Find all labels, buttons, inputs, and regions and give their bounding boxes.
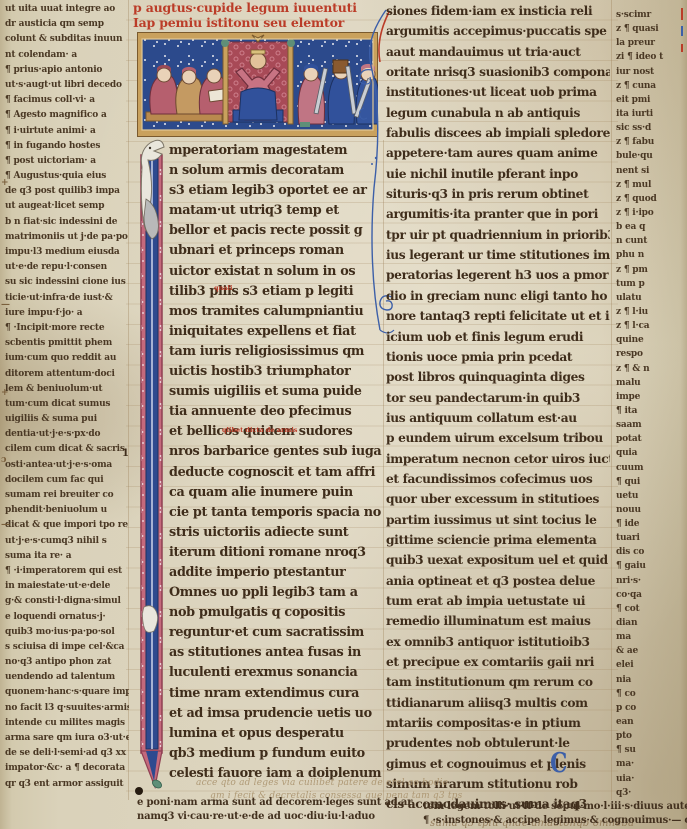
text-line: iterum ditioni romane nroq3 xyxy=(169,543,382,563)
gloss-line: tuari xyxy=(616,531,686,545)
gloss-line: intende cu milites magis xyxy=(5,716,129,731)
gloss-line: ¶ ·i·imperatorem qui est xyxy=(5,564,129,579)
gloss-line: tum p xyxy=(616,277,686,291)
text-line: stris uictoriis adiecte sunt xyxy=(169,523,382,543)
miniature-emperor-enthroned xyxy=(137,32,378,137)
main-text-column-2: siones fidem·iam ex insticia reliargumit… xyxy=(386,1,610,815)
gloss-line: nt colendam· a xyxy=(5,48,129,63)
miniature-scroll xyxy=(208,89,224,102)
gloss-line: matrimoniis ut j·de pa·po xyxy=(5,230,129,245)
text-line: uictis hostib3 triumphator xyxy=(169,362,382,382)
gloss-line: scbentis pmittit phem xyxy=(5,336,129,351)
gloss-line: dis co xyxy=(616,545,686,559)
gloss-line: n cunt xyxy=(616,234,686,248)
marginal-numeral: 1 xyxy=(122,448,129,459)
text-line: ubnari et princeps roman xyxy=(169,241,382,261)
gloss-line: dian xyxy=(616,616,686,630)
text-line: fabulis discees ab impiali spledore xyxy=(386,123,610,143)
gloss-line: sic ss·d xyxy=(616,121,686,135)
gloss-line: zi ¶ ideo t xyxy=(616,50,686,64)
interlinear-gloss-red: qlibet dicta de armis xyxy=(222,426,297,434)
text-line: tum erat ab impia uetustate ui xyxy=(386,591,610,611)
gloss-line: nent si xyxy=(616,164,686,178)
gloss-line: ¶ cot xyxy=(616,602,686,616)
gloss-line: ¶ i·uirtute animi· a xyxy=(5,124,129,139)
text-line: bellor et pacis recte possit g xyxy=(169,221,382,241)
text-line: ius legerant ur time stitutiones im xyxy=(386,245,610,265)
gloss-line: ean xyxy=(616,715,686,729)
gloss-line: ¶ facimus coll·vi· a xyxy=(5,93,129,108)
gloss-line: iur nost xyxy=(616,65,686,79)
gloss-line: ¶ su xyxy=(616,743,686,757)
gloss-line: ¶ in fugando hostes xyxy=(5,139,129,154)
text-line: ttidianarum aliisq3 multis com xyxy=(386,693,610,713)
gloss-line: uendendo ad talentum xyxy=(5,670,129,685)
right-gloss-column: s·scimrz ¶ quasila preurzi ¶ ideo tiur n… xyxy=(616,8,686,800)
text-line: legum cunabula n ab antiquis xyxy=(386,103,610,123)
text-line: icium uob et finis legum erudi xyxy=(386,327,610,347)
margin-mark: — xyxy=(1,300,10,310)
gloss-line: ma xyxy=(616,630,686,644)
gloss-line: ut uita uuat integre ao xyxy=(5,2,129,17)
gloss-line: uigiliis & suma pui xyxy=(5,412,129,427)
gloss-line: s sciuisa di impe cel·&ca xyxy=(5,640,129,655)
gloss-line: g·& consti·l·digna·simul xyxy=(5,594,129,609)
gloss-line: docilem cum fac qui xyxy=(5,473,129,488)
gloss-line: no·q3 antipo phon zat xyxy=(5,655,129,670)
text-line: tionis uoce pmia prin pcedat xyxy=(386,347,610,367)
gloss-line: e poni·nam arma sunt ad decorem·leges su… xyxy=(137,796,412,810)
gloss-line: impe xyxy=(616,390,686,404)
rubric-line-1: p augtus·cupide legum iuuentuti xyxy=(133,1,385,16)
gloss-line: bule·qu xyxy=(616,149,686,163)
gloss-line: e loquendi ornatus·j· xyxy=(5,610,129,625)
text-line: gittime sciencie prima elementa xyxy=(386,530,610,550)
text-line: tia annuente deo pfecimus xyxy=(169,402,382,422)
main-text-column-1: mperatoriam magestatemn solum armis deco… xyxy=(169,141,382,784)
gloss-line: ut·e·de repu·l·consen xyxy=(5,260,129,275)
text-line: uie nichil inutile pferant inpo xyxy=(386,164,610,184)
gloss-line: ticie·ut·infra·de iust·& xyxy=(5,291,129,306)
miniature-emperor-group xyxy=(221,35,295,124)
text-line: argumitis·ita pranter que in pori xyxy=(386,204,610,224)
gloss-line: iure impu·f·jo· a xyxy=(5,306,129,321)
gloss-line: phu n xyxy=(616,248,686,262)
gloss-line: ¶ ita xyxy=(616,404,686,418)
text-line: matam·ut utriq3 temp et xyxy=(169,201,382,221)
text-line: argumitis accepimus·puccatis spe xyxy=(386,21,610,41)
gloss-line: b ea q xyxy=(616,220,686,234)
gloss-line: p co xyxy=(616,701,686,715)
gloss-line: & ae xyxy=(616,644,686,658)
gloss-line: z ¶ fabu xyxy=(616,135,686,149)
miniature-jurists-group xyxy=(146,65,227,121)
text-line: nob pmulgatis q copositis xyxy=(169,603,382,623)
gloss-line: ma· xyxy=(616,757,686,771)
gloss-line: z ¶ l·ca xyxy=(616,319,686,333)
gloss-line: elei xyxy=(616,658,686,672)
gloss-line: b n fiat·sic indessini de xyxy=(5,215,129,230)
gloss-line: ¶ ·s·instones·& accipe legimus·& cognoui… xyxy=(423,814,687,828)
gloss-line: dentia·ut·j·e·s·px·do xyxy=(5,427,129,442)
gloss-line: lem & beniuolum·ut xyxy=(5,382,129,397)
gloss-line: uia· xyxy=(616,772,686,786)
gloss-line: q3· xyxy=(616,786,686,800)
gloss-line: de q3 post quilib3 impa xyxy=(5,184,129,199)
margin-mark: + xyxy=(1,178,9,188)
gloss-line: nouu xyxy=(616,503,686,517)
text-line: lumina et opus desperatu xyxy=(169,724,382,744)
text-line: n solum armis decoratam xyxy=(169,161,382,181)
text-line: et precipue ex comtariis gaii nri xyxy=(386,652,610,672)
gloss-line: tum·cum dicat sumus xyxy=(5,397,129,412)
text-line: time nram extendimus cura xyxy=(169,684,382,704)
gloss-line: no facit l3 q·suuites·armis xyxy=(5,701,129,716)
gloss-line: in maiestate·ut·e·dele xyxy=(5,579,129,594)
gloss-line: sumam rei breuiter co xyxy=(5,488,129,503)
bottom-right-gloss: tem legem tolli·ut·ff·de sepul·mo·l·iii·… xyxy=(423,800,687,827)
gloss-line: qr q3 ent armor assiguit xyxy=(5,777,129,792)
margin-mark: — xyxy=(1,520,10,530)
initial-beast xyxy=(143,606,158,633)
gloss-line: tem legem tolli·ut·ff·de sepul·mo·l·iii·… xyxy=(423,800,687,814)
text-line: aaut mandauimus ut tria·auct xyxy=(386,42,610,62)
gloss-line: suma ita re· a xyxy=(5,549,129,564)
text-line: et ad imsa prudencie uetis uo xyxy=(169,704,382,724)
text-line: tam institutionum qm rerum co xyxy=(386,672,610,692)
text-line: iniquitates expellens et fiat xyxy=(169,322,382,342)
gloss-line: pto xyxy=(616,729,686,743)
text-line: mos tramites calumpniantiu xyxy=(169,302,382,322)
text-line: peratorias legerent h3 uos a pmor xyxy=(386,265,610,285)
text-line: institutiones·ut liceat uob prima xyxy=(386,82,610,102)
gloss-line: quonem·hanc·s·quare impe xyxy=(5,685,129,700)
text-line: dio in greciam nunc eligi tanto ho xyxy=(386,286,610,306)
gloss-line: ditorem attentum·doci xyxy=(5,367,129,382)
gloss-line: ¶ co xyxy=(616,687,686,701)
initial-tail xyxy=(141,751,163,790)
rubric-line-2: Iap pemiu istitonu seu elemtor xyxy=(133,16,385,31)
rubric-heading: p augtus·cupide legum iuuentuti Iap pemi… xyxy=(133,1,385,30)
gloss-line: malu xyxy=(616,376,686,390)
text-line: gimus et cognouimus et plenis xyxy=(386,754,610,774)
gloss-line: nia xyxy=(616,673,686,687)
text-line: addite imperio ptestantur xyxy=(169,563,382,583)
gloss-line: ¶ post uictoriam· a xyxy=(5,154,129,169)
text-line: quor uber excessum in stitutioes xyxy=(386,489,610,509)
blue-paraph-initial: C xyxy=(550,748,567,779)
text-line: mperatoriam magestatem xyxy=(169,141,382,161)
gloss-line: osti·antea·ut·j·e·s·oma xyxy=(5,458,129,473)
gloss-line: impu·l3 medium eiusda xyxy=(5,245,129,260)
text-line: partim iussimus ut sint tocius le xyxy=(386,510,610,530)
gloss-line: ¶ Augustus·quia eius xyxy=(5,169,129,184)
text-line: nore tantaq3 repti felicitate ut et i xyxy=(386,306,610,326)
gloss-line: dr austicia qm semp xyxy=(5,17,129,32)
text-line: uictor existat n solum in os xyxy=(169,262,382,282)
gloss-line: ¶ ide xyxy=(616,517,686,531)
text-line: sumis uigiliis et suma puide xyxy=(169,382,382,402)
gloss-line: co·qa xyxy=(616,588,686,602)
text-line: post libros quinquaginta diges xyxy=(386,367,610,387)
manuscript-page: p augtus·cupide legum iuuentuti Iap pemi… xyxy=(0,0,687,829)
margin-mark: + xyxy=(1,388,9,398)
text-line: siones fidem·iam ex insticia reli xyxy=(386,1,610,21)
text-line: imperatum necnon cetor uiros iuctre xyxy=(386,449,610,469)
gloss-line: de se deli·l·semi·ad q3 xx xyxy=(5,746,129,761)
margin-mark: ɔ xyxy=(1,455,6,465)
gloss-line: z ¶ l·iu xyxy=(616,305,686,319)
gloss-line: quine xyxy=(616,333,686,347)
text-line: ania optineat et q3 postea delue xyxy=(386,571,610,591)
illuminated-initial-I xyxy=(138,139,166,791)
gloss-line: su sic indessini cione ius xyxy=(5,275,129,290)
gloss-line: quib3 mo·ius·pa·po·sol xyxy=(5,625,129,640)
gloss-line: nri·s· xyxy=(616,574,686,588)
gloss-line: la preur xyxy=(616,36,686,50)
gloss-line: z ¶ & n xyxy=(616,362,686,376)
text-line: tilib3 pliis s3 etiam p legiti xyxy=(169,282,382,302)
text-line: quib3 uexat expositum uel et quid xyxy=(386,550,610,570)
interlinear-gloss-red: qnali xyxy=(214,284,232,292)
gloss-line: ium·cum quo reddit au xyxy=(5,351,129,366)
text-line: tam iuris religiosissimus qm xyxy=(169,342,382,362)
gloss-line: eit pmi xyxy=(616,93,686,107)
text-line: p eundem uirum excelsum tribou xyxy=(386,428,610,448)
gloss-line: impator·&c· a ¶ decorata xyxy=(5,761,129,776)
gloss-line: cuum xyxy=(616,461,686,475)
text-line: qb3 medium p fundum euito xyxy=(169,744,382,764)
text-line: cie pt tanta temporis spacia no xyxy=(169,503,382,523)
text-line: ca quam alie inumere puin xyxy=(169,483,382,503)
text-line: tpr uir pt quadriennium in priorib3 xyxy=(386,225,610,245)
text-line: oritate nrisq3 suasionib3 componat xyxy=(386,62,610,82)
gloss-line: ut·s·augt·ut libri decedo xyxy=(5,78,129,93)
gloss-line: z ¶ quod xyxy=(616,192,686,206)
gloss-line: ¶ Agesto magnifico a xyxy=(5,108,129,123)
bottom-left-gloss: e poni·nam arma sunt ad decorem·leges su… xyxy=(137,796,412,823)
text-line: ius antiquum collatum est·au xyxy=(386,408,610,428)
gloss-line: ¶ prius·apio antonio xyxy=(5,63,129,78)
text-line: mtariis compositas·e in ptium xyxy=(386,713,610,733)
gloss-line: ita iurti xyxy=(616,107,686,121)
gloss-line: namq3 vi·cau·re·ut·e·de ad uoc·diu·iu·l·… xyxy=(137,810,412,824)
gloss-line: potat xyxy=(616,432,686,446)
gloss-line: colunt & subditas inuun xyxy=(5,32,129,47)
text-line: et facundissimos cofecimus uos xyxy=(386,469,610,489)
text-line: Omnes uo ppli legib3 tam a xyxy=(169,583,382,603)
text-line: prudentes nob obtulerunt·le xyxy=(386,733,610,753)
faint-annotation: acce qto ad leges via cuilibet patere de… xyxy=(196,778,448,788)
ink-blot xyxy=(135,787,143,795)
text-line: nros barbarice gentes sub iuga xyxy=(169,442,382,462)
gloss-line: quia xyxy=(616,446,686,460)
gloss-line: uetu xyxy=(616,489,686,503)
gloss-line: saam xyxy=(616,418,686,432)
text-line: s3 etiam legib3 oportet ee ar xyxy=(169,181,382,201)
text-line: appetere·tam aures quam anime xyxy=(386,143,610,163)
text-line: as stitutiones antea fusas in xyxy=(169,643,382,663)
left-gloss-column: ut uita uuat integre aodr austicia qm se… xyxy=(5,2,129,792)
gloss-line: ut·j·e·s·cumq3 nihil s xyxy=(5,534,129,549)
gloss-line: arma sare qm iura o3·ut·e· xyxy=(5,731,129,746)
gloss-line: ut augeat·licet semp xyxy=(5,199,129,214)
gloss-line: z ¶ mul xyxy=(616,178,686,192)
text-line: reguntur·et cum sacratissim xyxy=(169,623,382,643)
gloss-line: s·scimr xyxy=(616,8,686,22)
gloss-line: z ¶ cuna xyxy=(616,79,686,93)
gloss-line: ¶ qui xyxy=(616,475,686,489)
gloss-line: cilem cum dicat & sacris xyxy=(5,442,129,457)
gloss-line: z ¶ pm xyxy=(616,263,686,277)
text-line: tor seu pandectarum·in quib3 xyxy=(386,388,610,408)
text-line: situris·q3 in pris rerum obtinet xyxy=(386,184,610,204)
text-line: ex omnib3 antiquor istitutioib3 xyxy=(386,632,610,652)
gloss-line: respo xyxy=(616,347,686,361)
gloss-line: ulatu xyxy=(616,291,686,305)
text-line: deducte cognoscit et tam affri xyxy=(169,463,382,483)
ruling-vertical-right xyxy=(611,0,612,800)
gloss-line: z ¶ i·ipo xyxy=(616,206,686,220)
gloss-line: ¶ ·Incipit·more recte xyxy=(5,321,129,336)
gloss-line: phendit·beniuolum u xyxy=(5,503,129,518)
text-line: remedio illuminatum est maius xyxy=(386,611,610,631)
text-line: luculenti erexmus sonancia xyxy=(169,663,382,683)
gloss-line: dicat & que impori tpo re xyxy=(5,518,129,533)
gloss-line: z ¶ quasi xyxy=(616,22,686,36)
gloss-line: ¶ gaiu xyxy=(616,559,686,573)
